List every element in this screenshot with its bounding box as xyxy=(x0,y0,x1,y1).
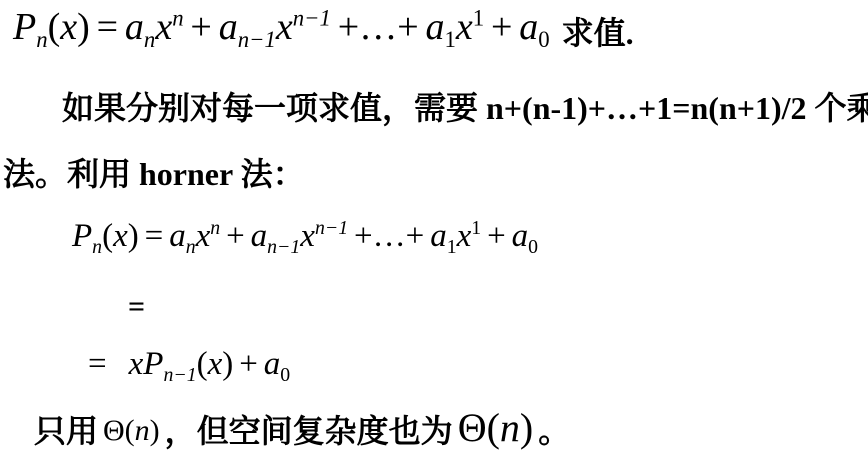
var-x: x xyxy=(300,218,315,254)
subscript-1: 1 xyxy=(444,27,455,52)
equals-sign: = xyxy=(145,218,164,254)
superscript-1: 1 xyxy=(471,217,481,239)
var-P: P xyxy=(13,6,36,48)
plus-sign: + xyxy=(226,218,245,254)
theta-n-small: Θ(n) xyxy=(103,414,160,447)
var-a: a xyxy=(251,218,268,254)
superscript-n: n xyxy=(210,217,220,239)
var-n: n xyxy=(135,414,150,447)
var-P: P xyxy=(72,218,92,254)
equals-sign: = xyxy=(97,6,118,48)
document-page: Pn(x)=anxn+an−1xn−1+…+a1x1+a0求值. 如果分别对每一… xyxy=(0,0,868,464)
subscript-0: 0 xyxy=(528,236,538,258)
var-a: a xyxy=(264,346,281,382)
equals-sign: = xyxy=(88,346,107,382)
subscript-n: n xyxy=(144,27,155,52)
plus-ellipsis-plus: +…+ xyxy=(354,218,424,254)
var-a: a xyxy=(430,218,447,254)
subscript-n-minus-1: n−1 xyxy=(238,27,276,52)
plus-sign: + xyxy=(491,6,512,48)
var-x: x xyxy=(113,218,128,254)
left-paren: ( xyxy=(102,218,113,254)
var-x: x xyxy=(276,6,293,48)
superscript-n-minus-1: n−1 xyxy=(293,5,331,30)
plus-sign: + xyxy=(239,346,258,382)
superscript-1: 1 xyxy=(473,5,484,30)
var-a: a xyxy=(425,6,444,48)
subscript-0: 0 xyxy=(280,364,290,386)
var-a: a xyxy=(169,218,186,254)
polynomial-formula-large: Pn(x)=anxn+an−1xn−1+…+a1x1+a0 xyxy=(13,6,550,48)
var-a: a xyxy=(512,218,529,254)
subscript-0: 0 xyxy=(538,27,549,52)
subscript-n-minus-1: n−1 xyxy=(163,364,196,386)
var-P: P xyxy=(143,346,163,382)
var-x: x xyxy=(196,218,211,254)
paragraph-text-line-2: 法。利用 horner 法： xyxy=(3,154,305,194)
var-x: x xyxy=(208,346,223,382)
polynomial-formula-small: Pn(x)=anxn+an−1xn−1+…+a1x1+a0 xyxy=(72,218,538,254)
var-x: x xyxy=(456,6,473,48)
superscript-n-minus-1: n−1 xyxy=(315,217,348,239)
theta-open-paren: Θ( xyxy=(103,414,135,447)
var-x: x xyxy=(129,346,144,382)
left-paren: ( xyxy=(197,346,208,382)
theta-open-paren: Θ( xyxy=(458,405,500,450)
conclusion-period: 。 xyxy=(538,413,570,449)
theta-close-paren: ) xyxy=(150,414,160,447)
subscript-n: n xyxy=(186,236,196,258)
plus-sign: + xyxy=(190,6,211,48)
plus-sign: + xyxy=(487,218,506,254)
evaluate-label: 求值. xyxy=(562,15,634,51)
derivation-equals-line: = xyxy=(128,288,145,326)
paragraph-text-line-1: 如果分别对每一项求值，需要 n+(n-1)+…+1=n(n+1)/2 个乘 xyxy=(62,88,868,128)
subscript-n: n xyxy=(92,236,102,258)
horner-formula: =xPn−1(x)+a0 xyxy=(88,346,290,382)
equals-sign: = xyxy=(128,290,145,323)
var-x: x xyxy=(155,6,172,48)
right-paren: ) xyxy=(77,6,90,48)
horner-recurrence-line: =xPn−1(x)+a0 xyxy=(88,344,290,385)
var-a: a xyxy=(125,6,144,48)
conclusion-line: 只用Θ(n)，但空间复杂度也为Θ(n)。 xyxy=(34,404,570,454)
var-x: x xyxy=(60,6,77,48)
plus-ellipsis-plus: +…+ xyxy=(338,6,419,48)
conclusion-middle: ，但空间复杂度也为 xyxy=(165,413,453,449)
var-n: n xyxy=(500,405,520,450)
var-a: a xyxy=(519,6,538,48)
var-a: a xyxy=(219,6,238,48)
left-paren: ( xyxy=(48,6,61,48)
theta-close-paren: ) xyxy=(520,405,533,450)
formula-line-2: Pn(x)=anxn+an−1xn−1+…+a1x1+a0 xyxy=(72,216,538,257)
subscript-1: 1 xyxy=(447,236,457,258)
right-paren: ) xyxy=(128,218,139,254)
theta-n-large: Θ(n) xyxy=(458,405,534,450)
right-paren: ) xyxy=(222,346,233,382)
formula-line-1: Pn(x)=anxn+an−1xn−1+…+a1x1+a0求值. xyxy=(13,4,634,52)
subscript-n-minus-1: n−1 xyxy=(267,236,300,258)
superscript-n: n xyxy=(172,5,183,30)
var-x: x xyxy=(457,218,472,254)
conclusion-prefix: 只用 xyxy=(34,413,98,449)
subscript-n: n xyxy=(36,27,47,52)
